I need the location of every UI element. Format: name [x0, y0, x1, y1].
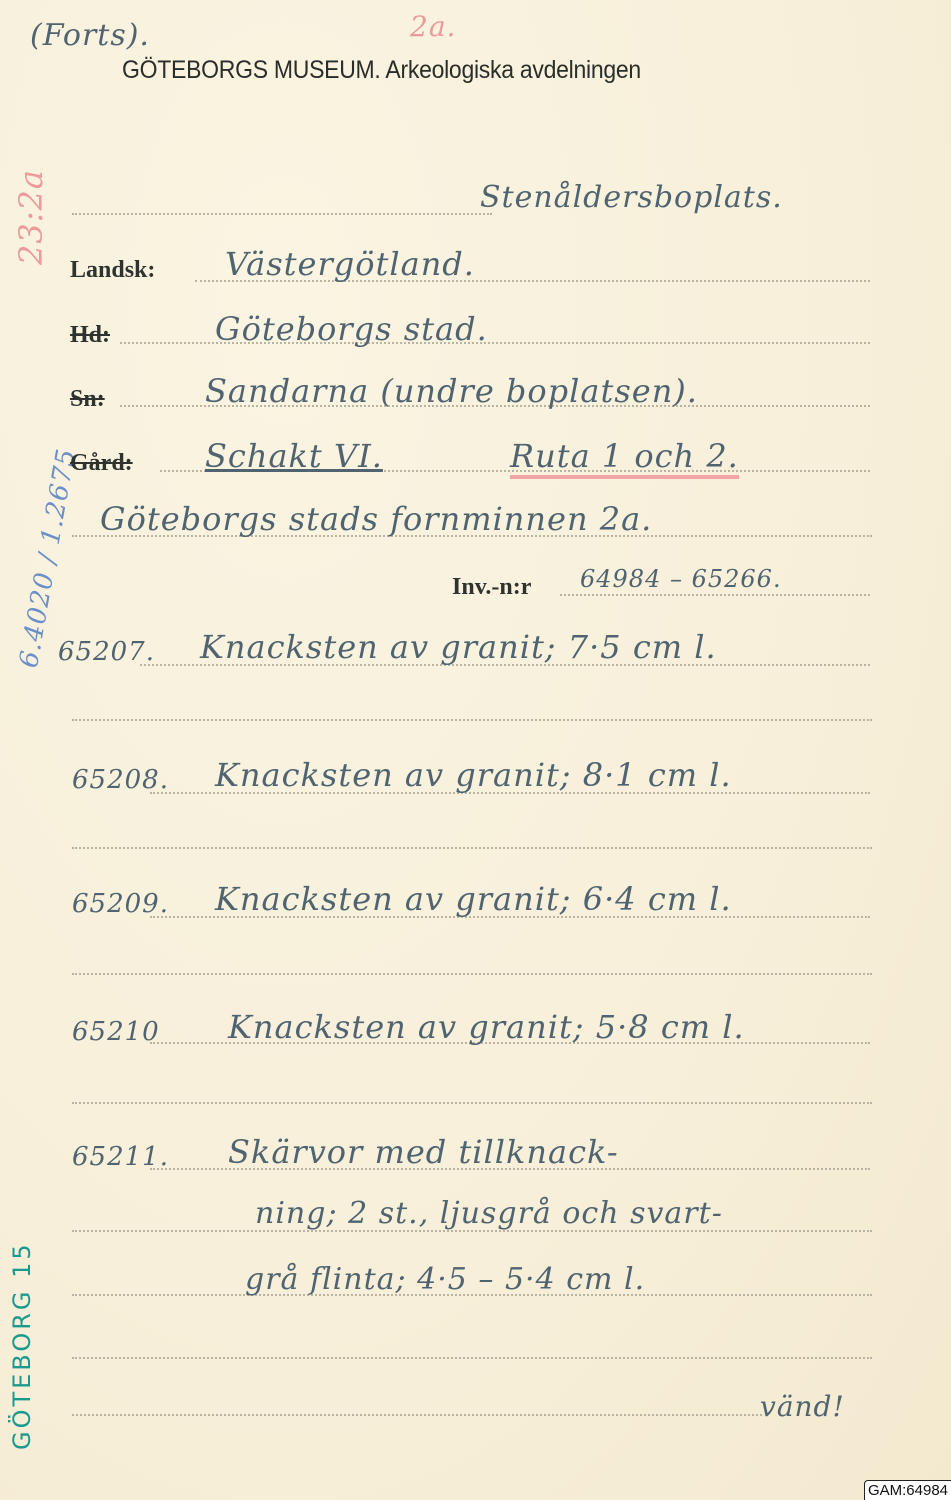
dotted-line — [72, 973, 872, 975]
entry-number: 65210 — [72, 1017, 160, 1047]
page-mark-text: 2a. — [410, 10, 456, 43]
inv-range: 64984 – 65266. — [580, 565, 782, 593]
entry-text-continued: grå flinta; 4·5 – 5·4 cm l. — [245, 1262, 645, 1297]
field-value-landsk: Västergötland. — [225, 245, 475, 283]
margin-note-red: 23:2a — [12, 169, 50, 265]
field-label-landsk: Landsk: — [70, 257, 155, 284]
dotted-line — [72, 1357, 872, 1359]
field-label-gard: Gård: — [70, 450, 133, 477]
dotted-line — [72, 1414, 762, 1416]
entry-text-continued: ning; 2 st., ljusgrå och svart- — [255, 1196, 723, 1231]
turn-over-note: vänd! — [760, 1390, 845, 1423]
entry-text: Knacksten av granit; 6·4 cm l. — [215, 880, 732, 918]
field-label-sn: Sn: — [70, 386, 105, 413]
dotted-line — [72, 847, 872, 849]
page-mark: 2a. — [410, 10, 456, 43]
field-value-gard-ruta: Ruta 1 och 2. — [510, 437, 739, 479]
dotted-line — [72, 1102, 872, 1104]
entry-text: Skärvor med tillknack- — [228, 1133, 619, 1171]
dotted-line — [560, 594, 870, 596]
field-value-hd: Göteborgs stad. — [215, 310, 488, 348]
entry-text: Knacksten av granit; 8·1 cm l. — [215, 756, 732, 794]
gothenburg-stamp: GÖTEBORG 15 — [8, 1241, 36, 1450]
fornminne-reference: Göteborgs stads fornminnen 2a. — [100, 500, 652, 538]
archive-id-badge: GAM:64984 — [864, 1480, 951, 1500]
field-value-sn: Sandarna (undre boplatsen). — [205, 372, 698, 410]
entry-text: Knacksten av granit; 5·8 cm l. — [228, 1008, 745, 1046]
entry-text: Knacksten av granit; 7·5 cm l. — [200, 628, 717, 666]
field-value-gard: Schakt VI. — [205, 437, 383, 475]
site-type: Stenåldersboplats. — [480, 180, 783, 215]
dotted-line — [72, 213, 492, 215]
field-label-hd: Hd: — [70, 322, 110, 349]
continuation-note: (Forts). — [30, 18, 150, 53]
entry-number: 65207. — [58, 637, 155, 667]
entry-number: 65209. — [72, 889, 169, 919]
entry-number: 65208. — [72, 765, 169, 795]
inv-label: Inv.-n:r — [452, 574, 531, 601]
card-header: GÖTEBORGS MUSEUM. Arkeologiska avdelning… — [122, 56, 641, 85]
dotted-line — [72, 719, 872, 721]
